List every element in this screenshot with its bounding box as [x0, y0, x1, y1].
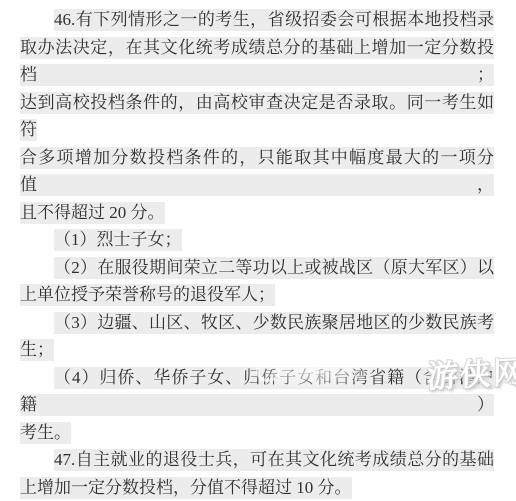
text-line: 达到高校投档条件的，由高校审查决定是否录取。同一考生如符 [20, 89, 494, 144]
text-line: 上单位授予荣誉称号的退役军人； [20, 281, 494, 309]
text-line: 46.有下列情形之一的考生，省级招委会可根据本地投档录 [20, 6, 494, 34]
text-line: 且不得超过 20 分。 [20, 199, 494, 227]
paragraph-item-46: 46.有下列情形之一的考生，省级招委会可根据本地投档录 取办法决定，在其文化统考… [20, 6, 494, 226]
text-line: 生； [20, 336, 494, 364]
paragraph-sub-item-4: （4）归侨、华侨子女、归侨子女和台湾省籍（含台湾户籍） 考生。 [20, 364, 494, 397]
paragraph-sub-item-2: （2）在服役期间荣立二等功以上或被战区（原大军区）以 上单位授予荣誉称号的退役军… [20, 254, 494, 309]
text-line: （1）烈士子女； [20, 226, 494, 254]
text-line: （4）归侨、华侨子女、归侨子女和台湾省籍（含台湾户籍） [20, 364, 494, 397]
text-line: 取办法决定，在其文化统考成绩总分的基础上增加一定分数投档； [20, 34, 494, 89]
text-line: （2）在服役期间荣立二等功以上或被战区（原大军区）以 [20, 254, 494, 282]
paragraph-sub-item-1: （1）烈士子女； [20, 226, 494, 254]
document-page: 46.有下列情形之一的考生，省级招委会可根据本地投档录 取办法决定，在其文化统考… [0, 0, 516, 396]
paragraph-sub-item-3: （3）边疆、山区、牧区、少数民族聚居地区的少数民族考 生； [20, 309, 494, 364]
text-line: 合多项增加分数投档条件的，只能取其中幅度最大的一项分值， [20, 144, 494, 199]
text-line: （3）边疆、山区、牧区、少数民族聚居地区的少数民族考 [20, 309, 494, 337]
